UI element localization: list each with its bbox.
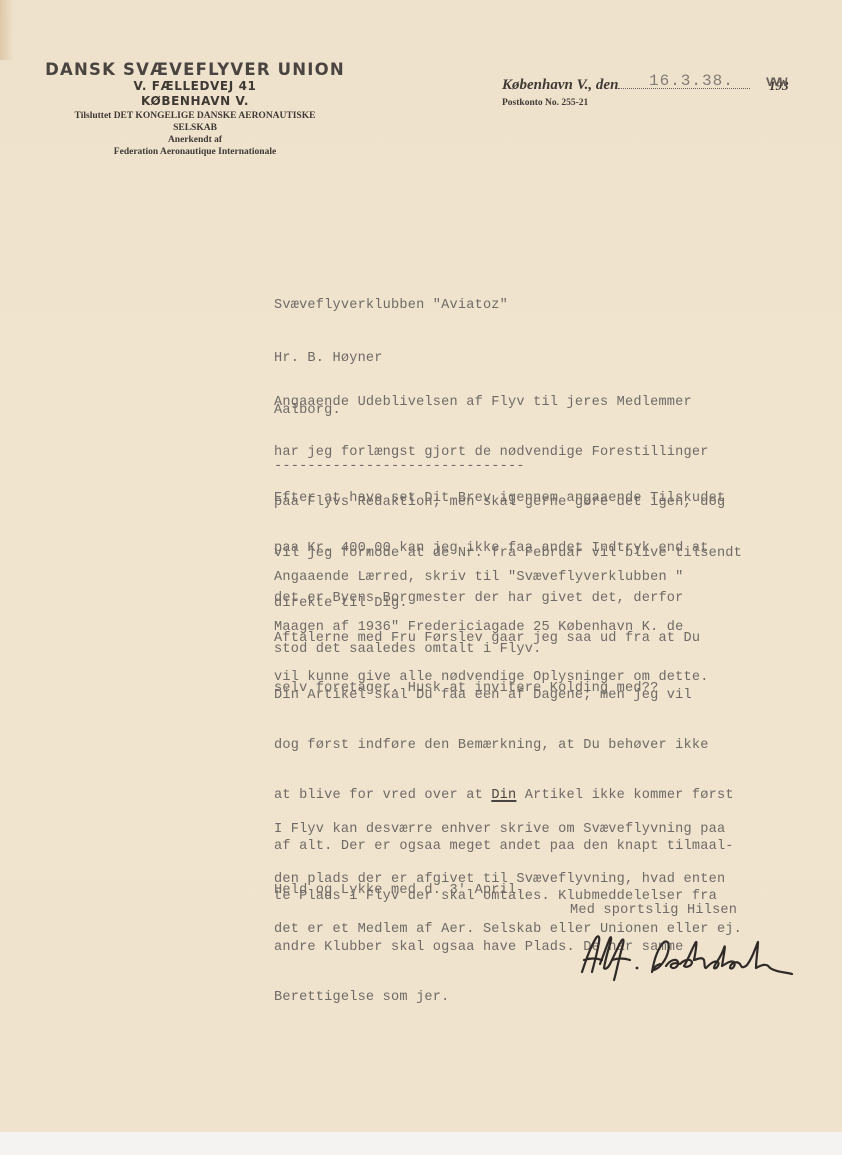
recognition-line-2: Federation Aeronautique Internationale <box>40 147 350 159</box>
dateline: København V., den 16.3.38. 193 VVW Postk… <box>502 76 812 108</box>
recognition-line-1: Anerkendt af <box>40 135 350 147</box>
affiliation-line-2: SELSKAB <box>40 123 350 135</box>
closing-salutation: Med sportslig Hilsen <box>570 903 737 918</box>
city-prefix: København V., den <box>502 77 618 93</box>
text-line: Angaaende Lærred, skriv til "Svæveflyver… <box>274 570 709 587</box>
date-row: København V., den 16.3.38. 193 VVW <box>502 76 812 98</box>
text-line: Held og Lykke med d. 3' April. <box>274 883 525 900</box>
postkonto: Postkonto No. 255-21 <box>502 98 812 108</box>
text-line: Efter at have set Dit Brev igennem angaa… <box>274 491 725 508</box>
text-line: Angaaende Udeblivelsen af Flyv til jeres… <box>274 395 742 412</box>
paragraph-7: Held og Lykke med d. 3' April. <box>274 849 525 933</box>
address-city: KØBENHAVN V. <box>40 94 350 109</box>
organization-name: DANSK SVÆVEFLYVER UNION <box>40 60 350 79</box>
scan-background <box>0 1132 842 1155</box>
text-line: dog først indføre den Bemærkning, at Du … <box>274 738 734 755</box>
text-line: Din Artikel skal Du faa een af Dagene; m… <box>274 688 734 705</box>
recipient-club: Svæveflyverklubben "Aviatoz" <box>274 297 525 315</box>
typed-date: 16.3.38. <box>649 72 734 90</box>
address-street: V. FÆLLEDVEJ 41 <box>40 79 350 94</box>
text-line: Berettigelse som jer. <box>274 990 734 1007</box>
affiliation-line-1: Tilsluttet DET KONGELIGE DANSKE AERONAUT… <box>40 111 350 123</box>
year-overstrike: VVW <box>766 75 786 90</box>
letter-paper: DANSK SVÆVEFLYVER UNION V. FÆLLEDVEJ 41 … <box>0 0 842 1132</box>
letterhead: DANSK SVÆVEFLYVER UNION V. FÆLLEDVEJ 41 … <box>40 60 350 158</box>
text-line: I Flyv kan desværre enhver skrive om Svæ… <box>274 822 742 839</box>
text-line: Aftalerne med Fru Førslev gaar jeg saa u… <box>274 631 700 648</box>
signature <box>574 930 824 985</box>
